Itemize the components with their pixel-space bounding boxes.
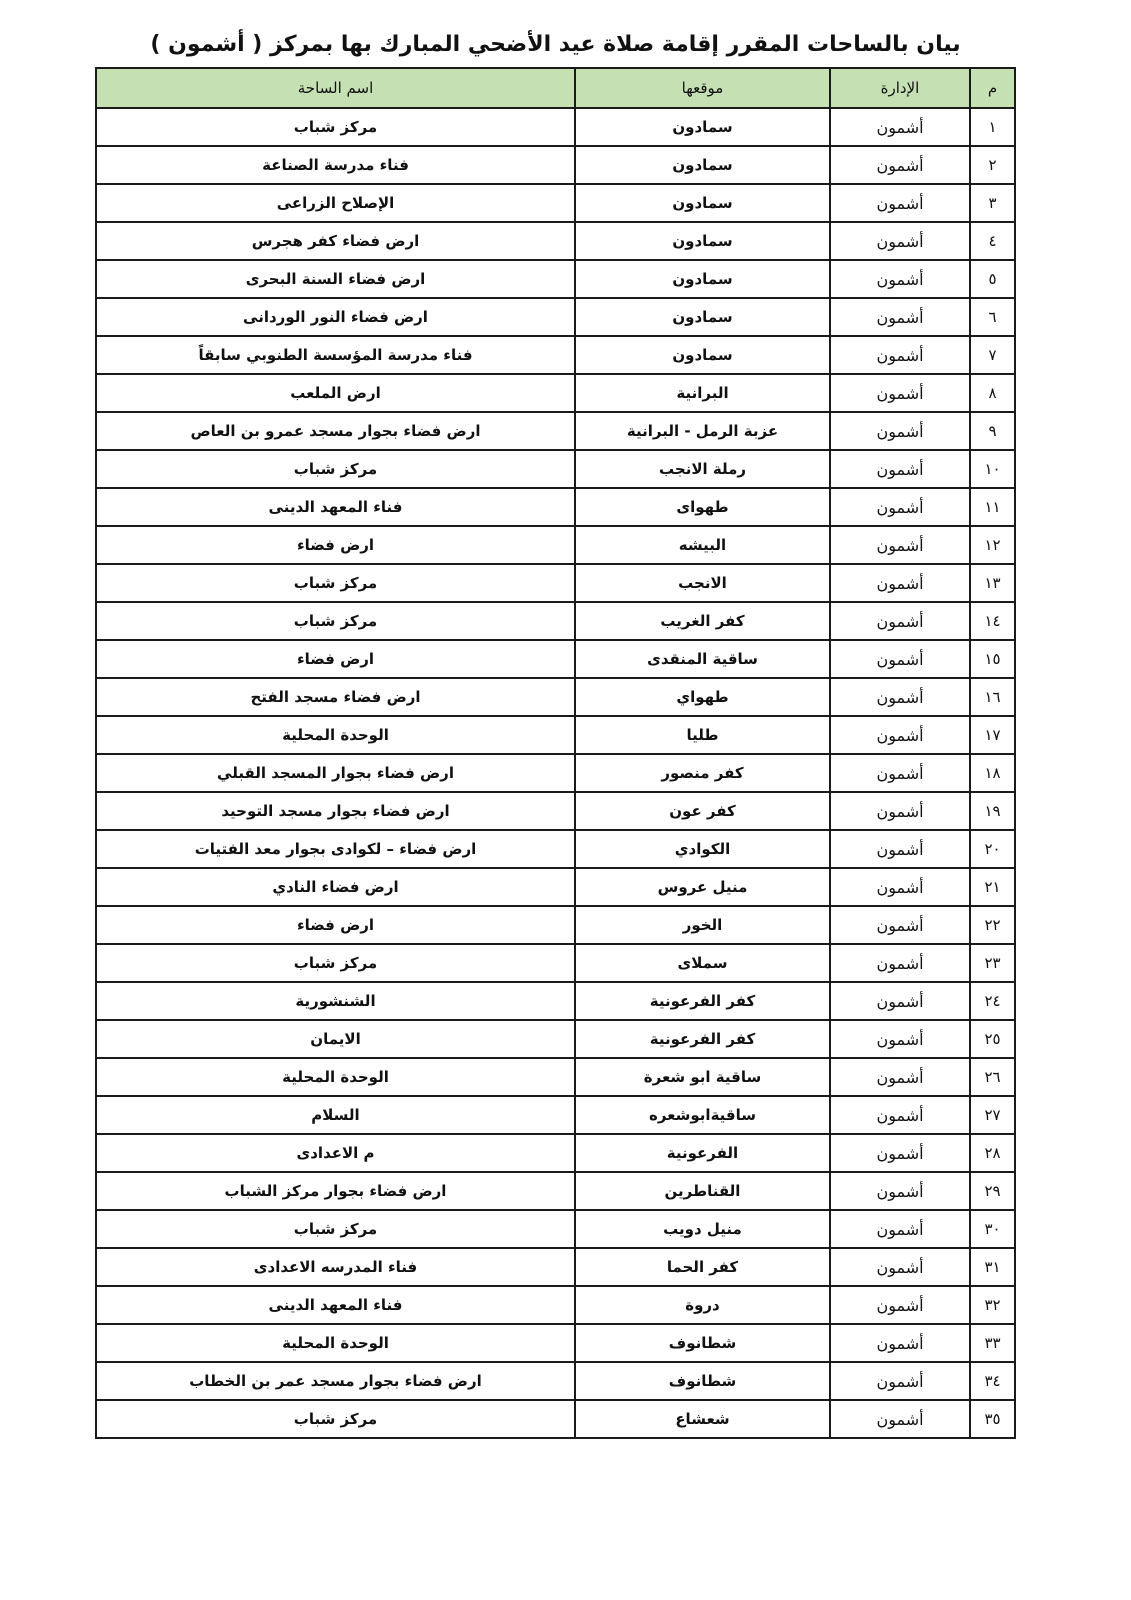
table-row: ١٤أشمونكفر الغريبمركز شباب (96, 602, 1015, 640)
cell-location: كفر الفرعونية (575, 982, 830, 1020)
cell-num: ٢١ (970, 868, 1015, 906)
cell-admin: أشمون (830, 298, 970, 336)
page-title: بيان بالساحات المقرر إقامة صلاة عيد الأض… (0, 28, 1121, 62)
cell-admin: أشمون (830, 336, 970, 374)
cell-location: البرانية (575, 374, 830, 412)
cell-num: ٢٢ (970, 906, 1015, 944)
cell-name: ارض فضاء بجوار مسجد عمر بن الخطاب (96, 1362, 575, 1400)
cell-admin: أشمون (830, 1134, 970, 1172)
cell-name: ارض فضاء مسجد الفتح (96, 678, 575, 716)
cell-num: ٣٢ (970, 1286, 1015, 1324)
cell-num: ٢٤ (970, 982, 1015, 1020)
cell-name: ارض فضاء – لكوادى بجوار معد الفتيات (96, 830, 575, 868)
table-row: ٣أشمونسمادونالإصلاح الزراعى (96, 184, 1015, 222)
cell-location: سمادون (575, 260, 830, 298)
cell-name: فناء مدرسة الصناعة (96, 146, 575, 184)
cell-location: القناطرين (575, 1172, 830, 1210)
cell-admin: أشمون (830, 1248, 970, 1286)
cell-location: دروة (575, 1286, 830, 1324)
cell-location: سمادون (575, 108, 830, 146)
table-row: ٣٣أشمونشطانوفالوحدة المحلية (96, 1324, 1015, 1362)
cell-location: الكوادي (575, 830, 830, 868)
cell-name: ارض فضاء النادي (96, 868, 575, 906)
table-row: ٧أشمونسمادونفناء مدرسة المؤسسة الطنوبي س… (96, 336, 1015, 374)
cell-admin: أشمون (830, 222, 970, 260)
table-row: ٢٢أشمونالخورارض فضاء (96, 906, 1015, 944)
cell-admin: أشمون (830, 146, 970, 184)
table-row: ٣٥أشمونشعشاعمركز شباب (96, 1400, 1015, 1438)
cell-num: ١ (970, 108, 1015, 146)
cell-admin: أشمون (830, 184, 970, 222)
table-row: ٣٢أشموندروةفناء المعهد الدينى (96, 1286, 1015, 1324)
table-row: ٢أشمونسمادونفناء مدرسة الصناعة (96, 146, 1015, 184)
cell-num: ١٢ (970, 526, 1015, 564)
cell-num: ١٨ (970, 754, 1015, 792)
cell-admin: أشمون (830, 564, 970, 602)
cell-location: شطانوف (575, 1362, 830, 1400)
table-row: ٢٧أشمونساقيةابوشعرهالسلام (96, 1096, 1015, 1134)
cell-admin: أشمون (830, 1400, 970, 1438)
cell-name: ارض فضاء (96, 906, 575, 944)
cell-name: ارض فضاء (96, 526, 575, 564)
cell-num: ١٣ (970, 564, 1015, 602)
cell-admin: أشمون (830, 374, 970, 412)
cell-admin: أشمون (830, 1210, 970, 1248)
cell-location: شطانوف (575, 1324, 830, 1362)
cell-num: ٢٨ (970, 1134, 1015, 1172)
table-row: ٣١أشمونكفر الحمافناء المدرسه الاعدادى (96, 1248, 1015, 1286)
cell-name: مركز شباب (96, 602, 575, 640)
table-body: ١أشمونسمادونمركز شباب٢أشمونسمادونفناء مد… (96, 108, 1015, 1438)
table-row: ٦أشمونسمادونارض فضاء النور الوردانى (96, 298, 1015, 336)
cell-admin: أشمون (830, 1058, 970, 1096)
cell-name: فناء المعهد الدينى (96, 1286, 575, 1324)
table-row: ٢٦أشمونساقية ابو شعرةالوحدة المحلية (96, 1058, 1015, 1096)
cell-admin: أشمون (830, 412, 970, 450)
cell-num: ١٠ (970, 450, 1015, 488)
cell-name: ارض فضاء (96, 640, 575, 678)
cell-location: سمادون (575, 298, 830, 336)
cell-admin: أشمون (830, 830, 970, 868)
table-row: ٢٣أشمونسملاىمركز شباب (96, 944, 1015, 982)
cell-num: ٥ (970, 260, 1015, 298)
cell-num: ٦ (970, 298, 1015, 336)
column-header-name: اسم الساحة (96, 68, 575, 108)
cell-location: كفر الحما (575, 1248, 830, 1286)
cell-location: كفر عون (575, 792, 830, 830)
cell-admin: أشمون (830, 906, 970, 944)
cell-admin: أشمون (830, 488, 970, 526)
cell-admin: أشمون (830, 678, 970, 716)
cell-admin: أشمون (830, 602, 970, 640)
cell-admin: أشمون (830, 1172, 970, 1210)
table-row: ٢٥أشمونكفر الفرعونيةالايمان (96, 1020, 1015, 1058)
cell-location: الخور (575, 906, 830, 944)
cell-admin: أشمون (830, 716, 970, 754)
table-row: ٨أشمونالبرانيةارض الملعب (96, 374, 1015, 412)
cell-location: رملة الانجب (575, 450, 830, 488)
cell-name: ارض فضاء النور الوردانى (96, 298, 575, 336)
cell-location: طهواي (575, 678, 830, 716)
cell-location: سمادون (575, 222, 830, 260)
table-row: ١٥أشمونساقية المنقدىارض فضاء (96, 640, 1015, 678)
cell-admin: أشمون (830, 526, 970, 564)
cell-location: طليا (575, 716, 830, 754)
cell-num: ٣ (970, 184, 1015, 222)
cell-name: الإصلاح الزراعى (96, 184, 575, 222)
cell-admin: أشمون (830, 108, 970, 146)
cell-location: ساقيةابوشعره (575, 1096, 830, 1134)
table-row: ٣٠أشمونمنيل دويبمركز شباب (96, 1210, 1015, 1248)
table-row: ١٨أشمونكفر منصورارض فضاء بجوار المسجد ال… (96, 754, 1015, 792)
cell-location: منيل دويب (575, 1210, 830, 1248)
cell-num: ٣٣ (970, 1324, 1015, 1362)
table-header-row: م الإدارة موقعها اسم الساحة (96, 68, 1015, 108)
cell-name: مركز شباب (96, 1210, 575, 1248)
cell-name: مركز شباب (96, 108, 575, 146)
table-row: ١٧أشمونطلياالوحدة المحلية (96, 716, 1015, 754)
table-row: ٢٤أشمونكفر الفرعونيةالشنشورية (96, 982, 1015, 1020)
table-row: ١٣أشمونالانجبمركز شباب (96, 564, 1015, 602)
cell-name: مركز شباب (96, 564, 575, 602)
cell-location: منيل عروس (575, 868, 830, 906)
cell-admin: أشمون (830, 754, 970, 792)
cell-num: ١٥ (970, 640, 1015, 678)
cell-admin: أشمون (830, 640, 970, 678)
table-row: ١٢أشمونالبيشهارض فضاء (96, 526, 1015, 564)
cell-location: ساقية ابو شعرة (575, 1058, 830, 1096)
cell-name: ارض الملعب (96, 374, 575, 412)
table-row: ١٩أشمونكفر عونارض فضاء بجوار مسجد التوحي… (96, 792, 1015, 830)
cell-admin: أشمون (830, 868, 970, 906)
table-row: ٢٠أشمونالكواديارض فضاء – لكوادى بجوار مع… (96, 830, 1015, 868)
cell-num: ٢٥ (970, 1020, 1015, 1058)
cell-location: البيشه (575, 526, 830, 564)
squares-table: م الإدارة موقعها اسم الساحة ١أشمونسمادون… (95, 67, 1016, 1439)
cell-name: مركز شباب (96, 1400, 575, 1438)
cell-location: سمادون (575, 184, 830, 222)
table-row: ٣٤أشمونشطانوفارض فضاء بجوار مسجد عمر بن … (96, 1362, 1015, 1400)
cell-num: ١٤ (970, 602, 1015, 640)
table-row: ٢٩أشمونالقناطرينارض فضاء بجوار مركز الشب… (96, 1172, 1015, 1210)
column-header-location: موقعها (575, 68, 830, 108)
cell-num: ٢٧ (970, 1096, 1015, 1134)
cell-location: كفر منصور (575, 754, 830, 792)
cell-name: ارض فضاء بجوار مسجد عمرو بن العاص (96, 412, 575, 450)
cell-name: فناء المدرسه الاعدادى (96, 1248, 575, 1286)
cell-name: فناء مدرسة المؤسسة الطنوبي سابقاً (96, 336, 575, 374)
cell-num: ٣٤ (970, 1362, 1015, 1400)
cell-location: ساقية المنقدى (575, 640, 830, 678)
cell-num: ٩ (970, 412, 1015, 450)
cell-location: الانجب (575, 564, 830, 602)
table-row: ٢١أشمونمنيل عروسارض فضاء النادي (96, 868, 1015, 906)
table-row: ٤أشمونسمادونارض فضاء كفر هجرس (96, 222, 1015, 260)
cell-location: شعشاع (575, 1400, 830, 1438)
cell-num: ٢٩ (970, 1172, 1015, 1210)
cell-num: ١٩ (970, 792, 1015, 830)
cell-name: الوحدة المحلية (96, 716, 575, 754)
cell-num: ٣١ (970, 1248, 1015, 1286)
cell-admin: أشمون (830, 1286, 970, 1324)
cell-name: ارض فضاء كفر هجرس (96, 222, 575, 260)
cell-admin: أشمون (830, 1362, 970, 1400)
cell-num: ٣٥ (970, 1400, 1015, 1438)
cell-admin: أشمون (830, 1324, 970, 1362)
cell-name: مركز شباب (96, 450, 575, 488)
cell-name: ارض فضاء السنة البحرى (96, 260, 575, 298)
cell-location: طهواى (575, 488, 830, 526)
cell-name: ارض فضاء بجوار مركز الشباب (96, 1172, 575, 1210)
cell-name: الشنشورية (96, 982, 575, 1020)
cell-name: مركز شباب (96, 944, 575, 982)
table-row: ١٠أشمونرملة الانجبمركز شباب (96, 450, 1015, 488)
table-row: ١٦أشمونطهوايارض فضاء مسجد الفتح (96, 678, 1015, 716)
cell-location: سمادون (575, 336, 830, 374)
table-row: ٢٨أشمونالفرعونيةم الاعدادى (96, 1134, 1015, 1172)
cell-num: ٧ (970, 336, 1015, 374)
cell-num: ١٧ (970, 716, 1015, 754)
table-row: ٩أشمونعزبة الرمل - البرانيةارض فضاء بجوا… (96, 412, 1015, 450)
cell-name: الوحدة المحلية (96, 1324, 575, 1362)
cell-admin: أشمون (830, 792, 970, 830)
cell-admin: أشمون (830, 1020, 970, 1058)
cell-location: كفر الفرعونية (575, 1020, 830, 1058)
cell-location: كفر الغريب (575, 602, 830, 640)
cell-name: ارض فضاء بجوار مسجد التوحيد (96, 792, 575, 830)
cell-name: م الاعدادى (96, 1134, 575, 1172)
cell-num: ٢٦ (970, 1058, 1015, 1096)
cell-num: ٢٣ (970, 944, 1015, 982)
cell-num: ٣٠ (970, 1210, 1015, 1248)
table-row: ١١أشمونطهواىفناء المعهد الدينى (96, 488, 1015, 526)
column-header-admin: الإدارة (830, 68, 970, 108)
cell-location: سمادون (575, 146, 830, 184)
cell-num: ٢ (970, 146, 1015, 184)
cell-admin: أشمون (830, 944, 970, 982)
column-header-num: م (970, 68, 1015, 108)
cell-admin: أشمون (830, 260, 970, 298)
cell-admin: أشمون (830, 1096, 970, 1134)
cell-admin: أشمون (830, 982, 970, 1020)
cell-name: فناء المعهد الدينى (96, 488, 575, 526)
cell-location: سملاى (575, 944, 830, 982)
cell-name: ارض فضاء بجوار المسجد القبلي (96, 754, 575, 792)
cell-num: ١١ (970, 488, 1015, 526)
cell-num: ٤ (970, 222, 1015, 260)
cell-num: ١٦ (970, 678, 1015, 716)
cell-location: الفرعونية (575, 1134, 830, 1172)
cell-num: ٨ (970, 374, 1015, 412)
cell-name: الوحدة المحلية (96, 1058, 575, 1096)
cell-admin: أشمون (830, 450, 970, 488)
table-row: ١أشمونسمادونمركز شباب (96, 108, 1015, 146)
table-row: ٥أشمونسمادونارض فضاء السنة البحرى (96, 260, 1015, 298)
cell-name: الايمان (96, 1020, 575, 1058)
cell-name: السلام (96, 1096, 575, 1134)
cell-num: ٢٠ (970, 830, 1015, 868)
cell-location: عزبة الرمل - البرانية (575, 412, 830, 450)
